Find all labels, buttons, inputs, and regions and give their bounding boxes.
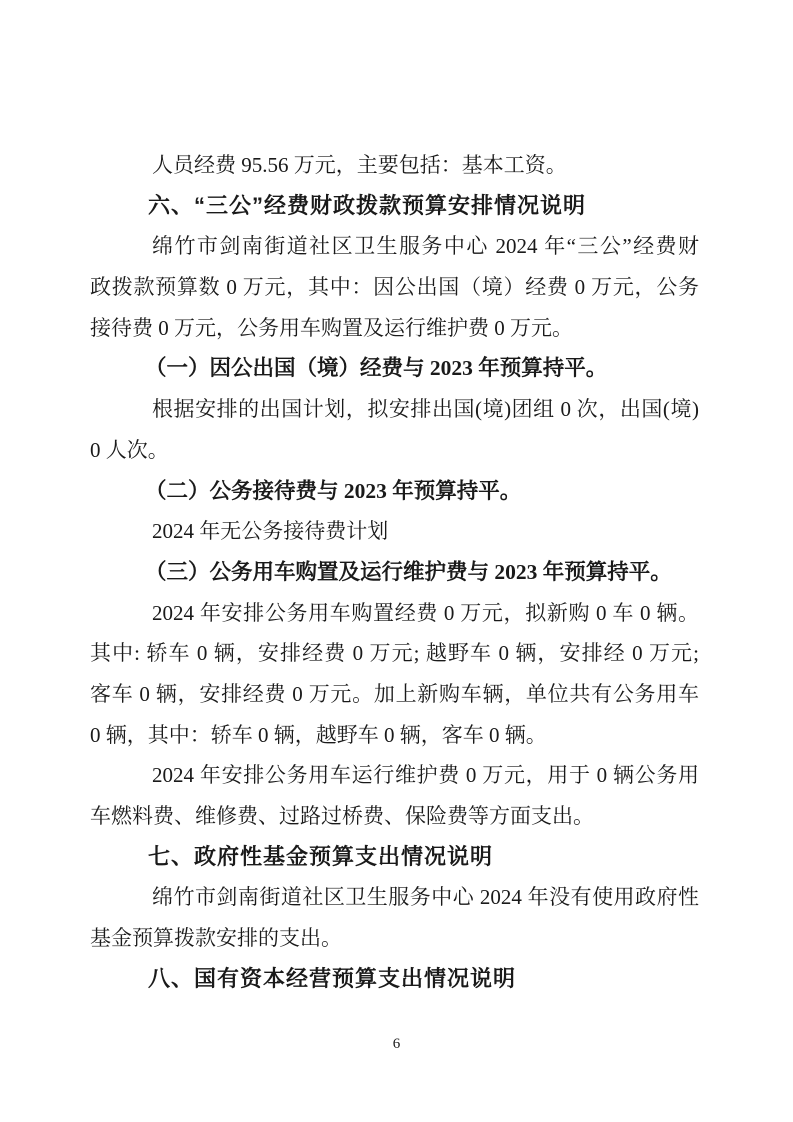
section-heading-8: 八、国有资本经营预算支出情况说明: [90, 959, 699, 1000]
document-body: 人员经费 95.56 万元，主要包括：基本工资。 六、“三公”经费财政拨款预算安…: [90, 145, 699, 999]
body-line: 基金预算拨款安排的支出。: [90, 918, 699, 959]
document-page: 人员经费 95.56 万元，主要包括：基本工资。 六、“三公”经费财政拨款预算安…: [0, 0, 793, 1122]
subsection-heading-3: （三）公务用车购置及运行维护费与 2023 年预算持平。: [90, 552, 699, 593]
subsection-heading-2: （二）公务接待费与 2023 年预算持平。: [90, 471, 699, 512]
subsection-heading-1: （一）因公出国（境）经费与 2023 年预算持平。: [90, 348, 699, 389]
body-line: 绵竹市剑南街道社区卫生服务中心 2024 年没有使用政府性: [90, 877, 699, 918]
body-line: 其中: 轿车 0 辆，安排经费 0 万元; 越野车 0 辆，安排经 0 万元;: [90, 633, 699, 674]
page-number: 6: [0, 1036, 793, 1053]
body-line: 根据安排的出国计划，拟安排出国(境)团组 0 次，出国(境): [90, 389, 699, 430]
body-line: 2024 年安排公务用车运行维护费 0 万元，用于 0 辆公务用: [90, 755, 699, 796]
body-line: 2024 年无公务接待费计划: [90, 511, 699, 552]
body-line: 车燃料费、维修费、过路过桥费、保险费等方面支出。: [90, 796, 699, 837]
body-line: 接待费 0 万元，公务用车购置及运行维护费 0 万元。: [90, 308, 699, 349]
body-line: 客车 0 辆，安排经费 0 万元。加上新购车辆，单位共有公务用车: [90, 674, 699, 715]
body-line: 政拨款预算数 0 万元，其中：因公出国（境）经费 0 万元，公务: [90, 267, 699, 308]
body-line: 绵竹市剑南街道社区卫生服务中心 2024 年“三公”经费财: [90, 226, 699, 267]
body-line: 2024 年安排公务用车购置经费 0 万元，拟新购 0 车 0 辆。: [90, 593, 699, 634]
section-heading-6: 六、“三公”经费财政拨款预算安排情况说明: [90, 186, 699, 227]
body-line: 0 辆，其中：轿车 0 辆，越野车 0 辆，客车 0 辆。: [90, 715, 699, 756]
body-line: 0 人次。: [90, 430, 699, 471]
section-heading-7: 七、政府性基金预算支出情况说明: [90, 837, 699, 878]
body-line: 人员经费 95.56 万元，主要包括：基本工资。: [90, 145, 699, 186]
